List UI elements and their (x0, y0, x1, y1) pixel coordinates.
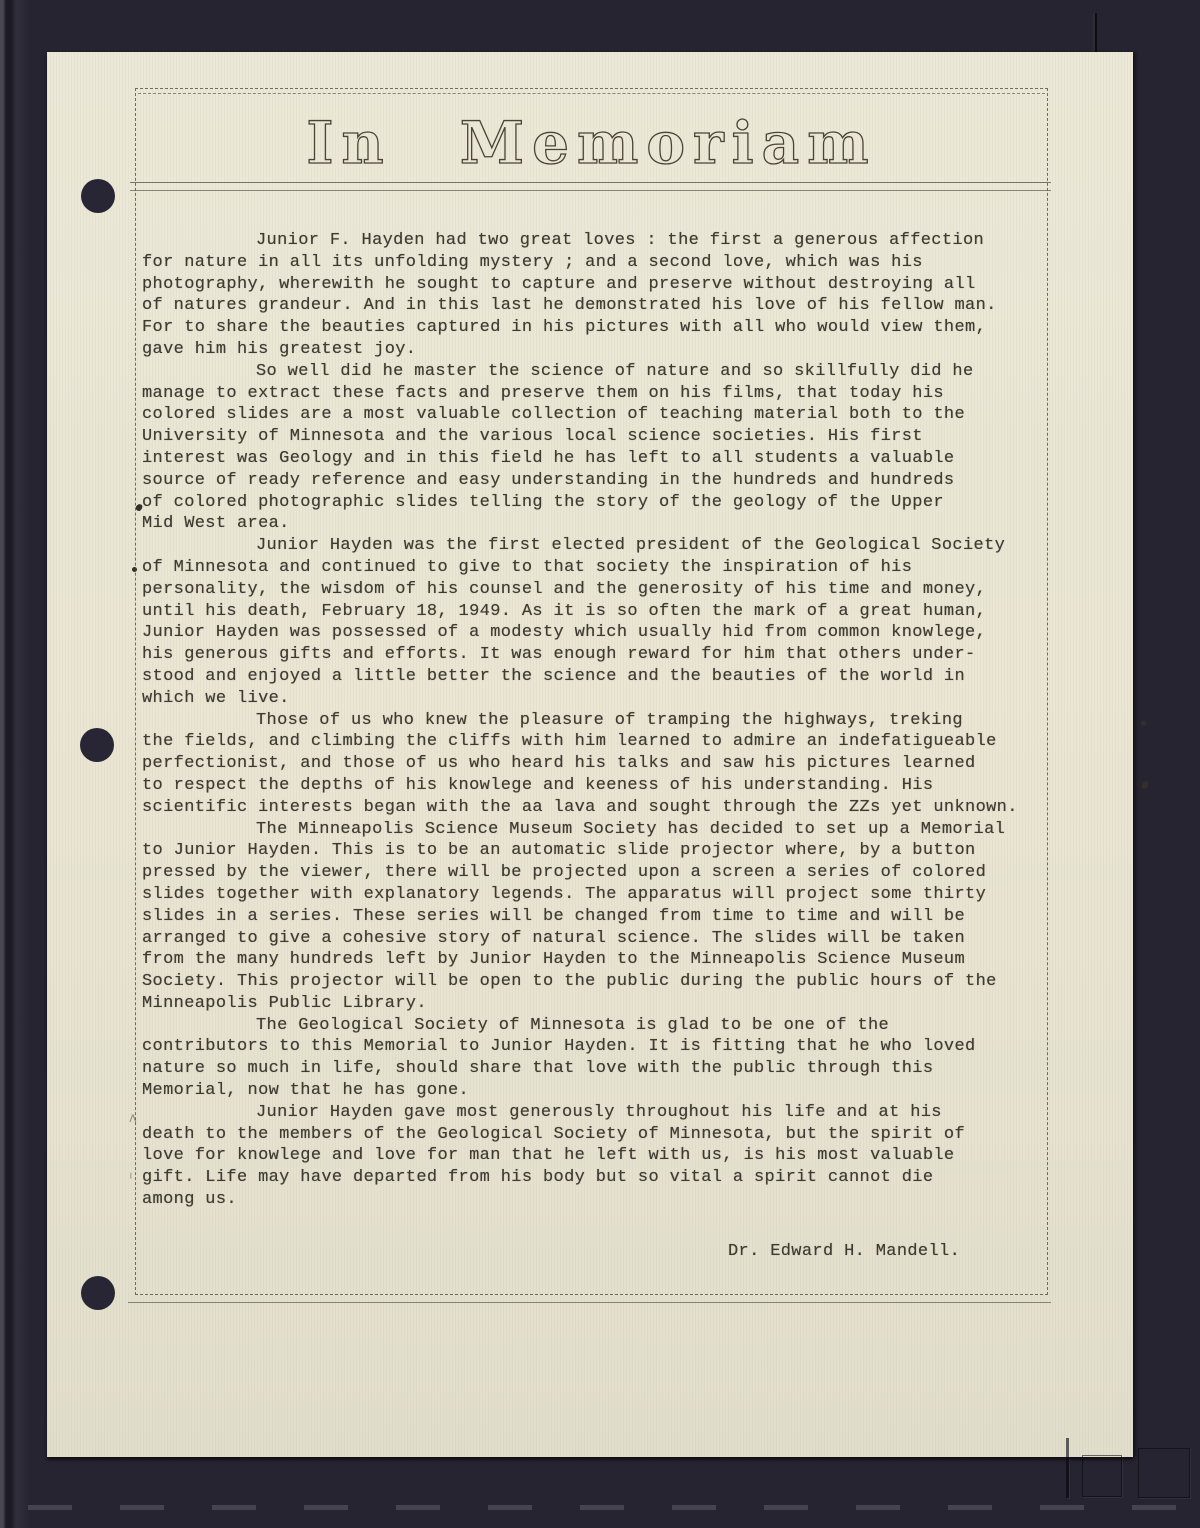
text-line: until his death, February 18, 1949. As i… (142, 601, 1037, 623)
text-line: colored slides are a most valuable colle… (142, 404, 1037, 426)
text-line: source of ready reference and easy under… (142, 470, 1037, 492)
text-line: nature so much in life, should share tha… (142, 1058, 1037, 1080)
text-line: scientific interests began with the aa l… (142, 797, 1037, 819)
text-line: among us. (142, 1189, 1037, 1211)
title-area: In Memoriam (136, 89, 1047, 182)
text-line: perfectionist, and those of us who heard… (142, 753, 1037, 775)
punch-hole-bottom (81, 1276, 115, 1310)
text-line: to respect the depths of his knowlege an… (142, 775, 1037, 797)
text-line: contributors to this Memorial to Junior … (142, 1036, 1037, 1058)
text-line: which we live. (142, 688, 1037, 710)
ink-speck (1141, 721, 1146, 726)
text-line: slides together with explanatory legends… (142, 884, 1037, 906)
text-line: stood and enjoyed a little better the sc… (142, 666, 1037, 688)
title-underline (130, 182, 1051, 191)
text-line: his generous gifts and efforts. It was e… (142, 644, 1037, 666)
text-line: arranged to give a cohesive story of nat… (142, 928, 1037, 950)
text-line: pressed by the viewer, there will be pro… (142, 862, 1037, 884)
text-line: of natures grandeur. And in this last he… (142, 295, 1037, 317)
text-line: photography, wherewith he sought to capt… (142, 274, 1037, 296)
document-title: In Memoriam (306, 114, 876, 172)
text-line: Junior Hayden gave most generously throu… (142, 1102, 1037, 1124)
binder-emboss-mark (1066, 1438, 1069, 1498)
scan-background: ʌ ᛧ In Memoriam Junior F. Hayden had two… (0, 0, 1200, 1528)
text-line: gave him his greatest joy. (142, 339, 1037, 361)
text-line: The Minneapolis Science Museum Society h… (142, 819, 1037, 841)
text-line: of colored photographic slides telling t… (142, 492, 1037, 514)
scanner-edge-marks (28, 1505, 1200, 1510)
text-line: interest was Geology and in this field h… (142, 448, 1037, 470)
text-line: to Junior Hayden. This is to be an autom… (142, 840, 1037, 862)
text-line: of Minnesota and continued to give to th… (142, 557, 1037, 579)
text-line: Junior Hayden was the first elected pres… (142, 535, 1037, 557)
text-line: University of Minnesota and the various … (142, 426, 1037, 448)
text-line: So well did he master the science of nat… (142, 361, 1037, 383)
binder-emboss-mark (1082, 1455, 1122, 1497)
text-line: Minneapolis Public Library. (142, 993, 1037, 1015)
document-border: In Memoriam Junior F. Hayden had two gre… (135, 88, 1048, 1295)
tab-mark (1095, 13, 1097, 52)
text-line: manage to extract these facts and preser… (142, 383, 1037, 405)
binder-spine (0, 0, 42, 1528)
text-line: the fields, and climbing the cliffs with… (142, 731, 1037, 753)
signature: Dr. Edward H. Mandell. (136, 1242, 1047, 1261)
text-line: death to the members of the Geological S… (142, 1124, 1037, 1146)
document-page: ʌ ᛧ In Memoriam Junior F. Hayden had two… (47, 52, 1133, 1457)
text-line: slides in a series. These series will be… (142, 906, 1037, 928)
text-line: gift. Life may have departed from his bo… (142, 1167, 1037, 1189)
punch-hole-top (81, 179, 115, 213)
text-line: Junior F. Hayden had two great loves : t… (142, 230, 1037, 252)
text-line: love for knowlege and love for man that … (142, 1145, 1037, 1167)
text-line: For to share the beauties captured in hi… (142, 317, 1037, 339)
punch-hole-middle (80, 728, 114, 762)
text-line: Mid West area. (142, 513, 1037, 535)
text-line: Memorial, now that he has gone. (142, 1080, 1037, 1102)
text-line: for nature in all its unfolding mystery … (142, 252, 1037, 274)
text-line: The Geological Society of Minnesota is g… (142, 1015, 1037, 1037)
text-line: Those of us who knew the pleasure of tra… (142, 710, 1037, 732)
document-body: Junior F. Hayden had two great loves : t… (136, 191, 1047, 1211)
text-line: personality, the wisdom of his counsel a… (142, 579, 1037, 601)
text-line: Junior Hayden was possessed of a modesty… (142, 622, 1037, 644)
text-line: Society. This projector will be open to … (142, 971, 1037, 993)
binder-emboss-mark (1138, 1448, 1190, 1498)
text-line: from the many hundreds left by Junior Ha… (142, 949, 1037, 971)
ink-speck (1141, 780, 1149, 789)
ink-speck: ᛧ (127, 1170, 135, 1180)
